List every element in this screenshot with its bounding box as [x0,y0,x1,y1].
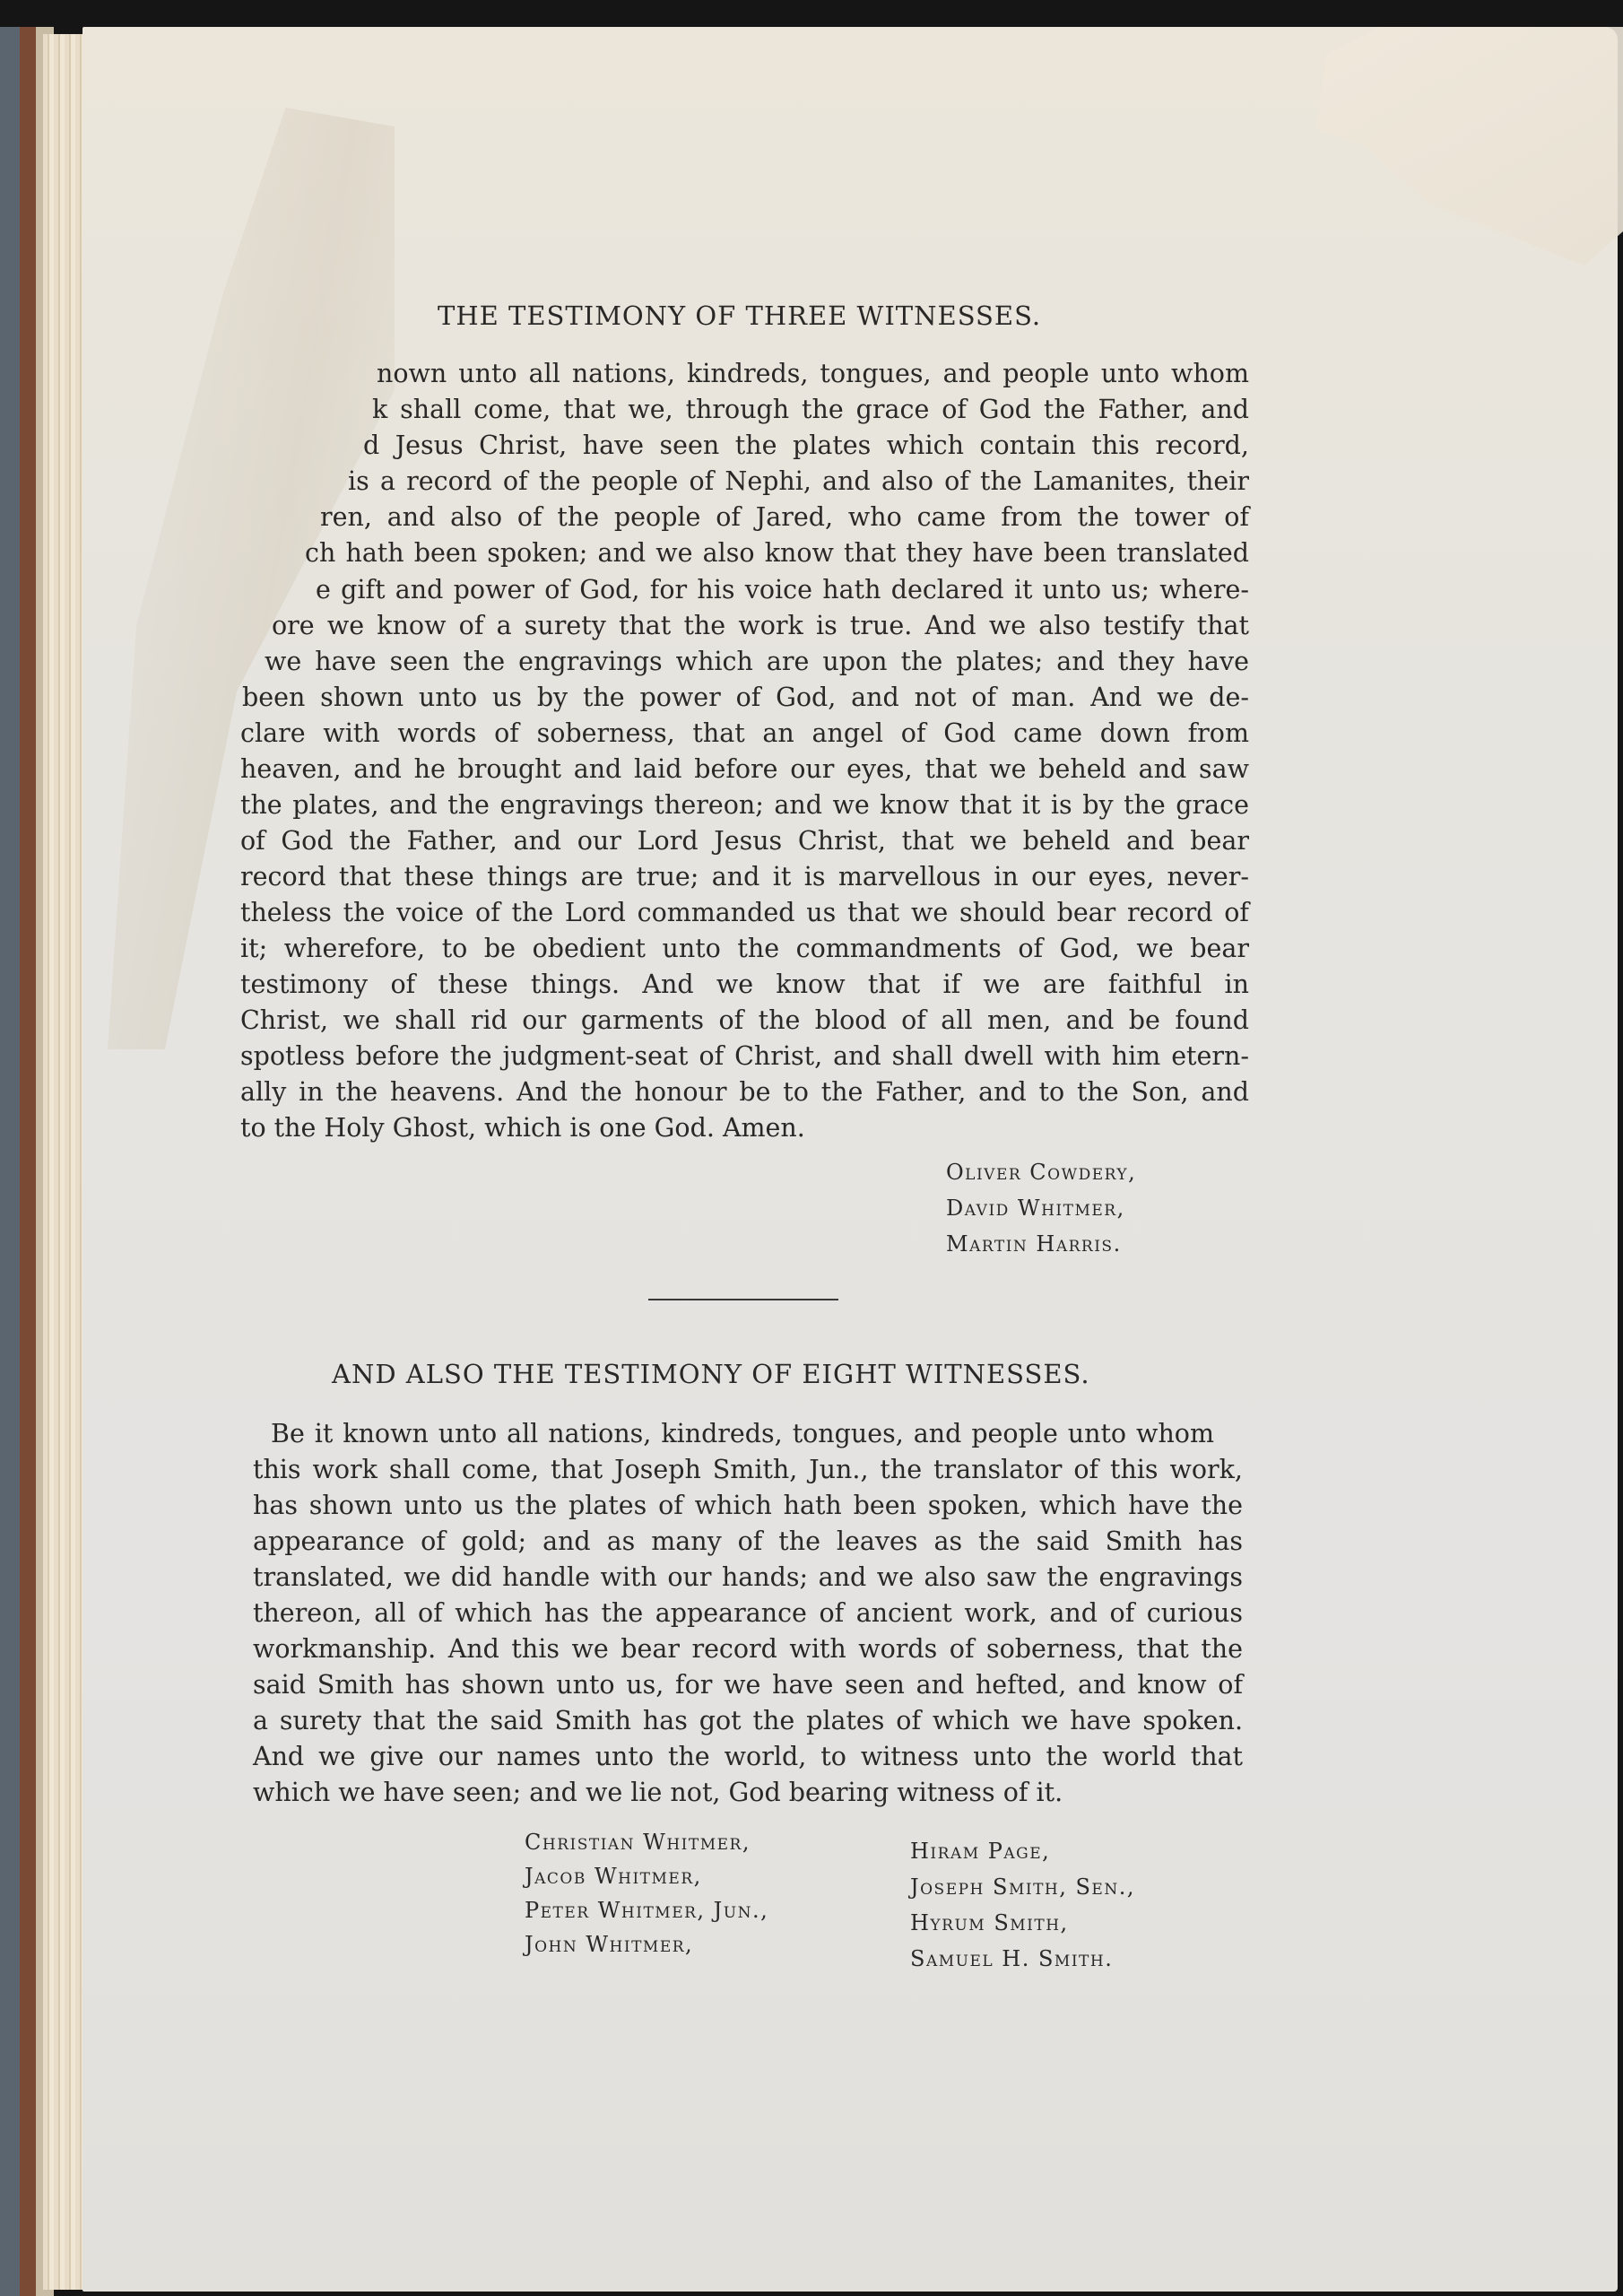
page-content: THE TESTIMONY OF THREE WITNESSES. nown u… [0,0,1623,2296]
text-line: k shall come, that we, through the grace… [372,395,1249,424]
text-line: heaven, and he brought and laid before o… [240,754,1249,784]
text-line: Christ, we shall rid our garments of the… [240,1005,1249,1035]
text-line: thereon, all of which has the appearance… [253,1598,1243,1628]
text-line: nown unto all nations, kindreds, tongues… [377,359,1249,388]
text-line: d Jesus Christ, have seen the plates whi… [363,430,1249,460]
signature-peter-whitmer-jun: Peter Whitmer, Jun., [525,1898,768,1923]
signature-jacob-whitmer: Jacob Whitmer, [525,1864,702,1889]
text-line: And we give our names unto the world, to… [253,1742,1243,1771]
text-line: it; wherefore, to be obedient unto the c… [240,934,1249,963]
signature-martin-harris: Martin Harris. [946,1231,1122,1257]
heading-three-witnesses: THE TESTIMONY OF THREE WITNESSES. [438,300,1041,331]
signature-david-whitmer: David Whitmer, [946,1196,1125,1221]
text-line: to the Holy Ghost, which is one God. Ame… [240,1113,805,1143]
text-line: been shown unto us by the power of God, … [242,683,1249,712]
text-line: this work shall come, that Joseph Smith,… [253,1455,1243,1484]
text-line: appearance of gold; and as many of the l… [253,1526,1243,1556]
text-line: ally in the heavens. And the honour be t… [240,1077,1249,1107]
signature-samuel-h-smith: Samuel H. Smith. [910,1946,1113,1971]
text-line: workmanship. And this we bear record wit… [253,1634,1243,1664]
text-line: ren, and also of the people of Jared, wh… [320,502,1249,532]
text-line: ch hath been spoken; and we also know th… [305,538,1249,568]
text-line: translated, we did handle with our hands… [253,1562,1243,1592]
text-line: which we have seen; and we lie not, God … [253,1778,1063,1807]
text-line: theless the voice of the Lord commanded … [240,898,1249,927]
text-line: e gift and power of God, for his voice h… [316,575,1249,604]
text-line: the plates, and the engravings thereon; … [240,790,1249,820]
signature-hiram-page: Hiram Page, [910,1839,1050,1864]
signature-john-whitmer: John Whitmer, [525,1932,693,1957]
text-line: record that these things are true; and i… [240,862,1249,891]
signature-christian-whitmer: Christian Whitmer, [525,1830,751,1855]
text-line: is a record of the people of Nephi, and … [348,466,1249,496]
text-line: has shown unto us the plates of which ha… [253,1491,1243,1520]
heading-eight-witnesses: AND ALSO THE TESTIMONY OF EIGHT WITNESSE… [332,1359,1090,1389]
text-line: said Smith has shown unto us, for we hav… [253,1670,1243,1700]
text-line: a surety that the said Smith has got the… [253,1706,1243,1735]
signature-joseph-smith-sen: Joseph Smith, Sen., [910,1874,1135,1900]
text-line: we have seen the engravings which are up… [265,647,1249,676]
text-line: spotless before the judgment-seat of Chr… [240,1041,1249,1071]
section-divider [648,1299,838,1300]
signature-hyrum-smith: Hyrum Smith, [910,1910,1069,1935]
text-line: testimony of these things. And we know t… [240,970,1249,999]
text-line: of God the Father, and our Lord Jesus Ch… [240,826,1249,856]
text-line: ore we know of a surety that the work is… [272,611,1249,640]
text-line: clare with words of soberness, that an a… [240,718,1249,748]
text-line: Be it known unto all nations, kindreds, … [271,1419,1214,1448]
signature-oliver-cowdery: Oliver Cowdery, [946,1160,1136,1185]
